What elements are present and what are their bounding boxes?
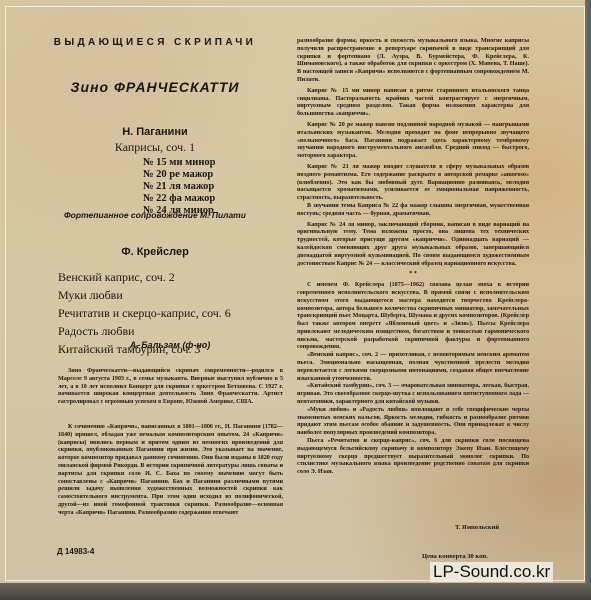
notes-paragraph: С именем Ф. Крейслера (1875—1962) связан… xyxy=(297,282,529,352)
notes-paragraph: «Муки любви» и «Радость любви» воплощают… xyxy=(297,407,529,438)
notes-paragraph: Каприс № 21 ля мажор вводит слушателя в … xyxy=(297,164,529,203)
right-column-text: разнообразие формы, яркость и свежесть м… xyxy=(297,38,529,477)
notes-paragraph: «Китайский тамбурин», соч. 3 — очаровате… xyxy=(297,383,529,406)
accompaniment-credit: Фортепианное сопровождение М. Пилати xyxy=(20,210,290,220)
sleeve-right-edge xyxy=(585,0,591,600)
pianist-credit: А. Бальзам (ф-но) xyxy=(20,340,280,350)
caprice-item: № 21 ля мажор xyxy=(143,181,215,193)
caprices-intro-paragraph: К сочинению «Капричи», написанных в 1801… xyxy=(58,424,283,518)
kreisler-work-item: Речитатив и скерцо-каприс, соч. 6 xyxy=(58,304,231,322)
notes-paragraph: В звучании темы Каприса № 22 фа мажор сл… xyxy=(297,203,529,219)
watermark-logo: LP-Sound.co.kr xyxy=(430,562,553,582)
notes-paragraph: Каприс № 24 ля минор, заключающий сборни… xyxy=(297,222,529,269)
caprice-item: № 20 ре мажор xyxy=(143,169,215,181)
author-signature: Т. Ямпольский xyxy=(455,524,499,531)
caprice-item: № 15 ми минор xyxy=(143,157,215,169)
record-sleeve-back: ВЫДАЮЩИЕСЯ СКРИПАЧИ Зино ФРАНЧЕСКАТТИ Н.… xyxy=(0,0,591,600)
catalog-number: Д 14983-4 xyxy=(57,547,94,556)
notes-paragraph: «Венский каприс», соч. 2 — прихотливая, … xyxy=(297,352,529,383)
price-label: Цена конверта 30 коп. xyxy=(422,553,488,560)
notes-paragraph: Каприс № 15 ми минор написан в ритме ста… xyxy=(297,88,529,119)
kreisler-work-item: Радость любви xyxy=(58,322,231,340)
biography-paragraph: Зино Франческатти—выдающийся скрипач сов… xyxy=(58,368,283,407)
composer-paganini: Н. Паганини xyxy=(20,126,290,138)
notes-paragraph: разнообразие формы, яркость и свежесть м… xyxy=(297,38,529,85)
composer-kreisler: Ф. Крейслер xyxy=(20,246,290,258)
kreisler-work-item: Муки любви xyxy=(58,286,231,304)
kreisler-work-item: Венский каприс, соч. 2 xyxy=(58,268,231,286)
series-title: ВЫДАЮЩИЕСЯ СКРИПАЧИ xyxy=(20,37,290,48)
section-separator: * * xyxy=(297,271,529,279)
notes-paragraph: Каприс № 20 ре мажор навеян подлинной на… xyxy=(297,122,529,161)
sleeve-bottom-edge xyxy=(0,583,591,600)
artist-name: Зино ФРАНЧЕСКАТТИ xyxy=(20,79,290,95)
work-title-caprices: Каприсы, соч. 1 xyxy=(20,140,290,155)
caprice-item: № 22 фа мажор xyxy=(143,193,215,205)
caprice-list: № 15 ми минор № 20 ре мажор № 21 ля мажо… xyxy=(143,157,215,217)
notes-paragraph: Пьеса «Речитатив и скерцо-каприс», соч. … xyxy=(297,438,529,477)
